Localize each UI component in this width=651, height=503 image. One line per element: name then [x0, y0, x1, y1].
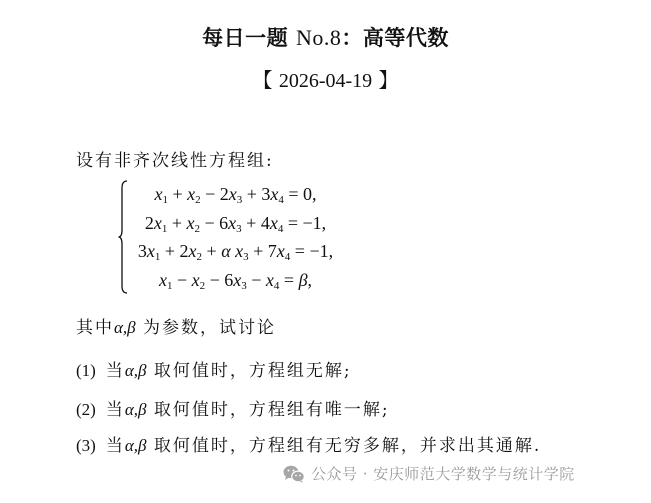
- title-number: No.8: [296, 25, 341, 50]
- date-line: 【 2026-04-19 】: [0, 64, 651, 93]
- equation-2: 2x1 + x2 − 6x3 + 4x4 = −1,: [128, 209, 343, 238]
- question-vars: α,β: [125, 436, 147, 455]
- wechat-icon: [283, 465, 305, 483]
- params-prefix: 其中: [76, 318, 114, 338]
- equation-1: x1 + x2 − 2x3 + 3x4 = 0,: [128, 180, 343, 209]
- question-prefix: 当: [106, 400, 125, 420]
- question-1: (1)当α,β 取何值时，方程组无解;: [76, 356, 352, 381]
- question-text: 取何值时，方程组有无穷多解，并求出其通解.: [154, 436, 541, 456]
- parameters-line: 其中α,β 为参数，试讨论: [76, 313, 276, 338]
- left-brace-icon: [118, 180, 128, 294]
- params-suffix: 为参数，试讨论: [143, 318, 276, 338]
- question-prefix: 当: [106, 361, 125, 381]
- date-value: 2026-04-19: [279, 70, 372, 92]
- page-title: 每日一题 No.8：高等代数: [0, 22, 651, 52]
- question-3: (3)当α,β 取何值时，方程组有无穷多解，并求出其通解.: [76, 431, 541, 456]
- question-vars: α,β: [125, 400, 147, 419]
- question-2: (2)当α,β 取何值时，方程组有唯一解;: [76, 395, 390, 420]
- params-vars: α,β: [114, 318, 136, 337]
- question-prefix: 当: [106, 436, 125, 456]
- title-suffix: ：高等代数: [341, 25, 449, 50]
- watermark: 公众号 · 安庆师范大学数学与统计学院: [283, 463, 575, 484]
- equation-system: x1 + x2 − 2x3 + 3x4 = 0, 2x1 + x2 − 6x3 …: [118, 180, 358, 296]
- question-number: (2): [76, 400, 96, 419]
- date-bracket-close: 】: [372, 68, 398, 92]
- date-bracket-open: 【: [252, 68, 278, 92]
- question-number: (3): [76, 436, 96, 455]
- watermark-text: 公众号 · 安庆师范大学数学与统计学院: [311, 463, 575, 484]
- question-vars: α,β: [125, 361, 147, 380]
- question-number: (1): [76, 361, 96, 380]
- question-text: 取何值时，方程组有唯一解;: [154, 400, 390, 420]
- equation-3: 3x1 + 2x2 + α x3 + 7x4 = −1,: [128, 237, 343, 266]
- question-text: 取何值时，方程组无解;: [154, 361, 352, 381]
- title-prefix: 每日一题: [202, 25, 296, 50]
- equation-4: x1 − x2 − 6x3 − x4 = β,: [128, 266, 343, 295]
- problem-intro: 设有非齐次线性方程组:: [76, 146, 274, 171]
